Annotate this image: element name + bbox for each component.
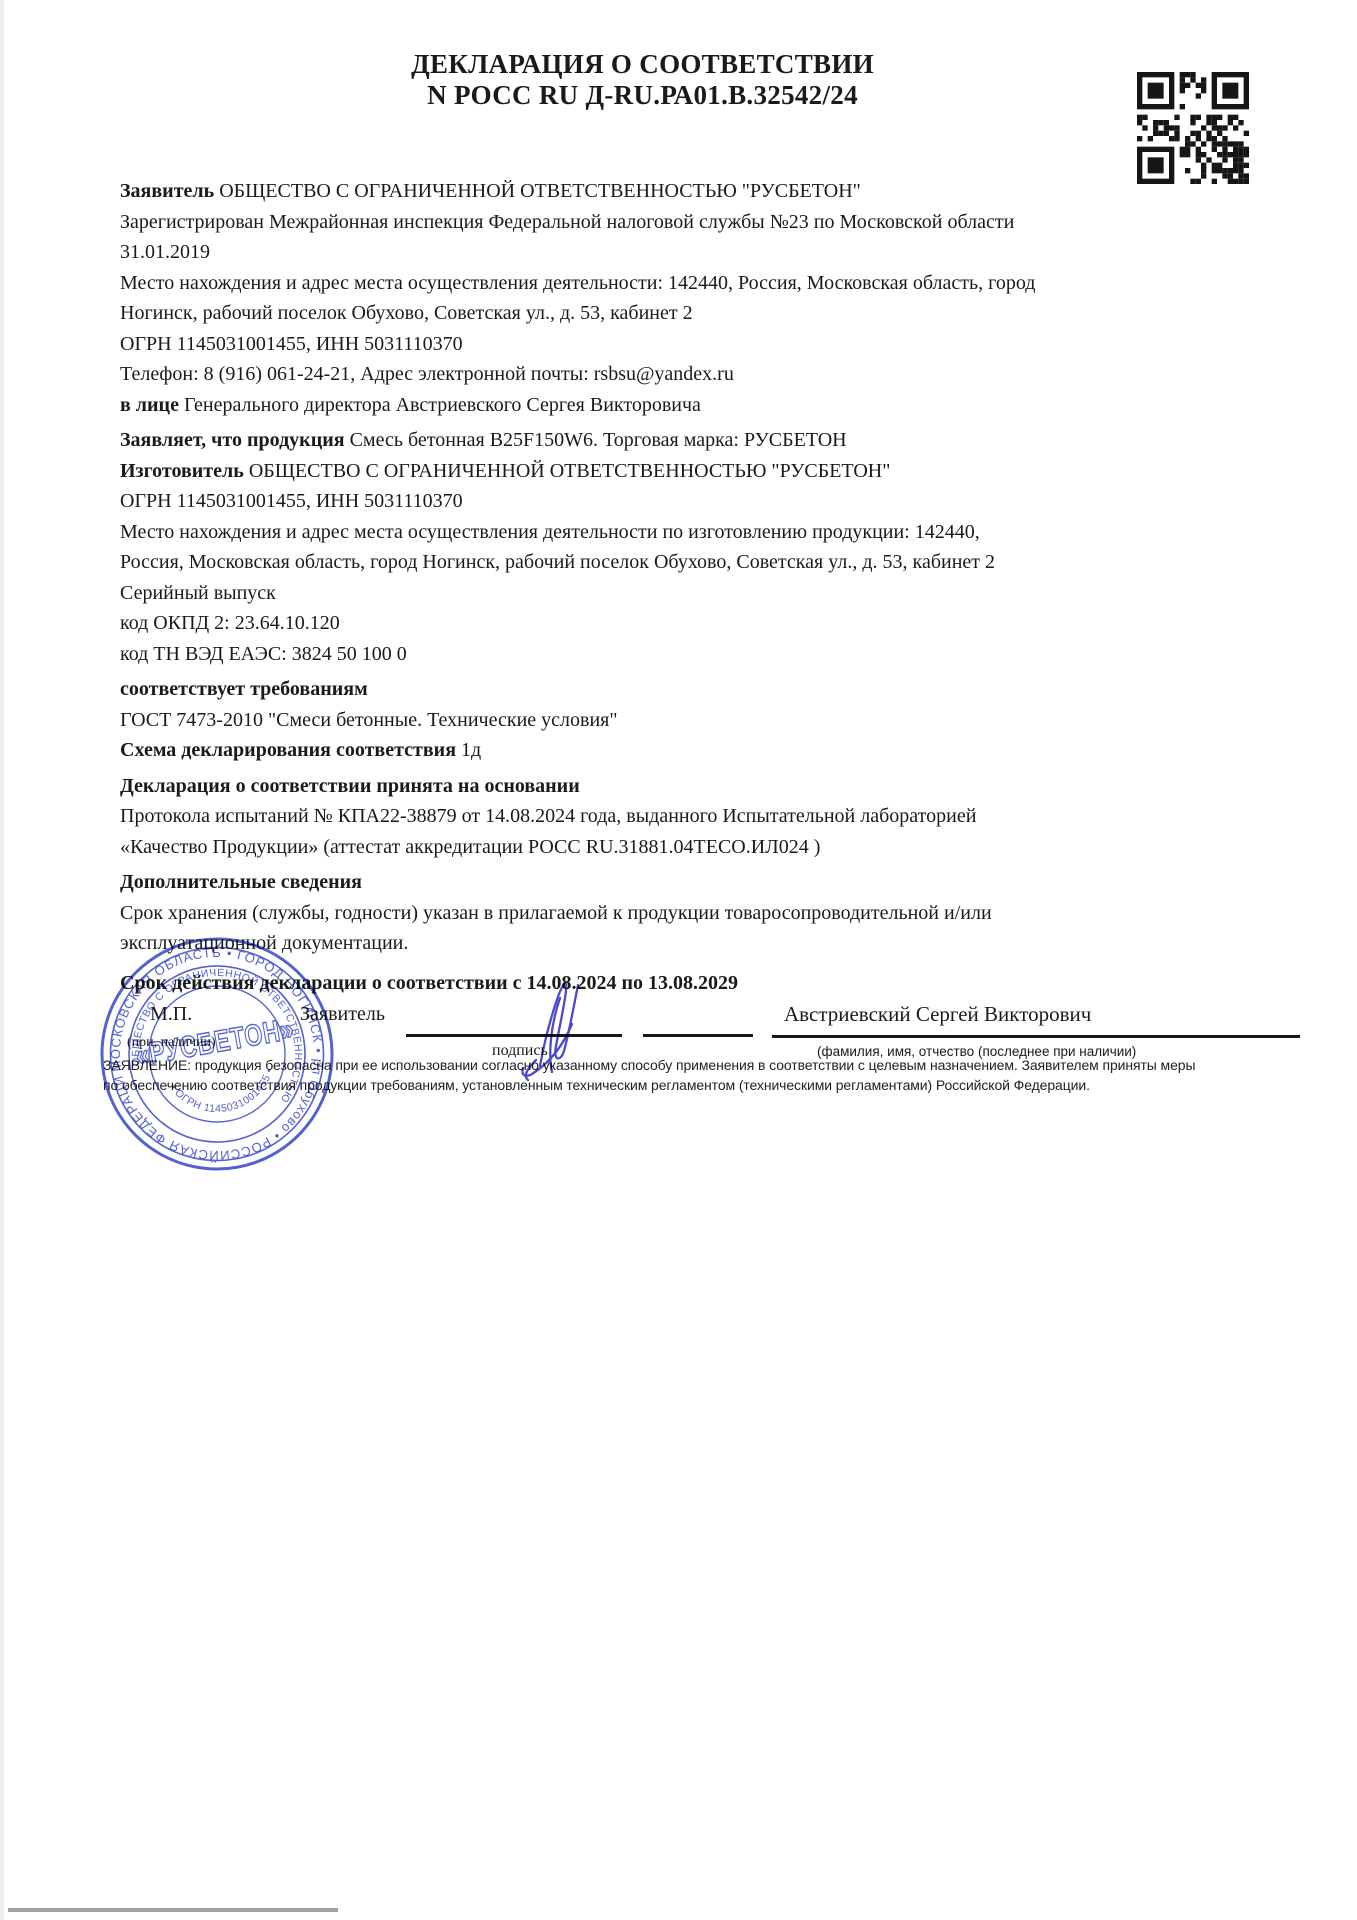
doc-line: Заявитель ОБЩЕСТВО С ОГРАНИЧЕННОЙ ОТВЕТС… bbox=[120, 176, 1250, 207]
doc-line: Россия, Московская область, город Ногинс… bbox=[120, 547, 1250, 578]
doc-line-text: Смесь бетонная B25F150W6. Торговая марка… bbox=[345, 429, 847, 451]
doc-line: Заявляет, что продукция Смесь бетонная B… bbox=[120, 425, 1250, 456]
document-title: ДЕКЛАРАЦИЯ О СООТВЕТСТВИИ N РОСС RU Д-RU… bbox=[120, 49, 1165, 111]
doc-line: Срок хранения (службы, годности) указан … bbox=[120, 898, 1250, 929]
company-stamp: МОСКОВСКАЯ ОБЛАСТЬ • ГОРОД НОГИНСК • рп … bbox=[92, 929, 342, 1179]
doc-line-label: в лице bbox=[120, 394, 179, 416]
title-line-1: ДЕКЛАРАЦИЯ О СООТВЕТСТВИИ bbox=[120, 49, 1165, 80]
scan-edge-left bbox=[0, 0, 4, 1920]
doc-line-text: Генерального директора Австриевского Сер… bbox=[179, 394, 701, 416]
svg-text:• ОГРН 1145031001455 •: • ОГРН 1145031001455 • bbox=[166, 1065, 282, 1124]
doc-line: код ТН ВЭД ЕАЭС: 3824 50 100 0 bbox=[120, 639, 1250, 670]
doc-line-text: Место нахождения и адрес места осуществл… bbox=[120, 272, 1035, 294]
doc-line: Протокола испытаний № КПА22-38879 от 14.… bbox=[120, 801, 1250, 832]
doc-line-label: Заявляет, что продукция bbox=[120, 429, 345, 451]
doc-line: Схема декларирования соответствия 1д bbox=[120, 735, 1250, 766]
doc-line: в лице Генерального директора Австриевск… bbox=[120, 390, 1250, 421]
doc-line: 31.01.2019 bbox=[120, 237, 1250, 268]
handwritten-signature bbox=[510, 976, 610, 1084]
title-line-2: N РОСС RU Д-RU.РА01.В.32542/24 bbox=[120, 80, 1165, 111]
doc-line: Изготовитель ОБЩЕСТВО С ОГРАНИЧЕННОЙ ОТВ… bbox=[120, 456, 1250, 487]
doc-line-text: ГОСТ 7473-2010 "Смеси бетонные. Техничес… bbox=[120, 709, 618, 731]
stamp-ogrn-text: • ОГРН 1145031001455 • bbox=[166, 1065, 282, 1124]
document-body: Заявитель ОБЩЕСТВО С ОГРАНИЧЕННОЙ ОТВЕТС… bbox=[120, 176, 1250, 998]
qr-code-image bbox=[1137, 72, 1249, 184]
doc-line: Зарегистрирован Межрайонная инспекция Фе… bbox=[120, 207, 1250, 238]
doc-line-text: Место нахождения и адрес места осуществл… bbox=[120, 521, 980, 543]
doc-line-label: Заявитель bbox=[120, 180, 214, 202]
doc-line-text: Протокола испытаний № КПА22-38879 от 14.… bbox=[120, 805, 976, 827]
doc-line-text: Срок хранения (службы, годности) указан … bbox=[120, 902, 992, 924]
name-line bbox=[772, 1035, 1300, 1038]
doc-line-label: Декларация о соответствии принята на осн… bbox=[120, 775, 580, 797]
doc-line-text: код ОКПД 2: 23.64.10.120 bbox=[120, 612, 340, 634]
doc-line-text: ОГРН 1145031001455, ИНН 5031110370 bbox=[120, 333, 463, 355]
doc-line: Дополнительные сведения bbox=[120, 867, 1250, 898]
scan-edge-bottom bbox=[8, 1908, 338, 1912]
doc-line-text: «Качество Продукции» (аттестат аккредита… bbox=[120, 836, 820, 858]
doc-line: Ногинск, рабочий поселок Обухово, Советс… bbox=[120, 298, 1250, 329]
doc-line-text: Зарегистрирован Межрайонная инспекция Фе… bbox=[120, 211, 1014, 233]
doc-line-text: Россия, Московская область, город Ногинс… bbox=[120, 551, 995, 573]
doc-line-label: Дополнительные сведения bbox=[120, 871, 362, 893]
doc-line-text: код ТН ВЭД ЕАЭС: 3824 50 100 0 bbox=[120, 643, 407, 665]
doc-line-text: Серийный выпуск bbox=[120, 582, 276, 604]
doc-line: Декларация о соответствии принята на осн… bbox=[120, 771, 1250, 802]
doc-line-label: Схема декларирования соответствия bbox=[120, 739, 456, 761]
doc-line-text: Ногинск, рабочий поселок Обухово, Советс… bbox=[120, 302, 693, 324]
doc-line: соответствует требованиям bbox=[120, 674, 1250, 705]
doc-line-label: соответствует требованиям bbox=[120, 678, 368, 700]
signature-line bbox=[643, 1034, 753, 1037]
doc-line-text: ОБЩЕСТВО С ОГРАНИЧЕННОЙ ОТВЕТСТВЕННОСТЬЮ… bbox=[244, 460, 891, 482]
doc-line-label: Изготовитель bbox=[120, 460, 244, 482]
doc-line: Место нахождения и адрес места осуществл… bbox=[120, 517, 1250, 548]
doc-line: Телефон: 8 (916) 061-24-21, Адрес электр… bbox=[120, 359, 1250, 390]
doc-line-text: Телефон: 8 (916) 061-24-21, Адрес электр… bbox=[120, 363, 734, 385]
declarant-name: Австриевский Сергей Викторович bbox=[784, 1002, 1091, 1027]
doc-line-text: ОГРН 1145031001455, ИНН 5031110370 bbox=[120, 490, 463, 512]
doc-line: Серийный выпуск bbox=[120, 578, 1250, 609]
doc-line-text: 1д bbox=[456, 739, 481, 761]
doc-line: код ОКПД 2: 23.64.10.120 bbox=[120, 608, 1250, 639]
doc-line: ГОСТ 7473-2010 "Смеси бетонные. Техничес… bbox=[120, 705, 1250, 736]
document-page: ДЕКЛАРАЦИЯ О СООТВЕТСТВИИ N РОСС RU Д-RU… bbox=[0, 0, 1357, 1920]
doc-line: «Качество Продукции» (аттестат аккредита… bbox=[120, 832, 1250, 863]
doc-line: Место нахождения и адрес места осуществл… bbox=[120, 268, 1250, 299]
doc-line: ОГРН 1145031001455, ИНН 5031110370 bbox=[120, 486, 1250, 517]
doc-line-text: ОБЩЕСТВО С ОГРАНИЧЕННОЙ ОТВЕТСТВЕННОСТЬЮ… bbox=[214, 180, 861, 202]
doc-line: ОГРН 1145031001455, ИНН 5031110370 bbox=[120, 329, 1250, 360]
doc-line-text: 31.01.2019 bbox=[120, 241, 210, 263]
